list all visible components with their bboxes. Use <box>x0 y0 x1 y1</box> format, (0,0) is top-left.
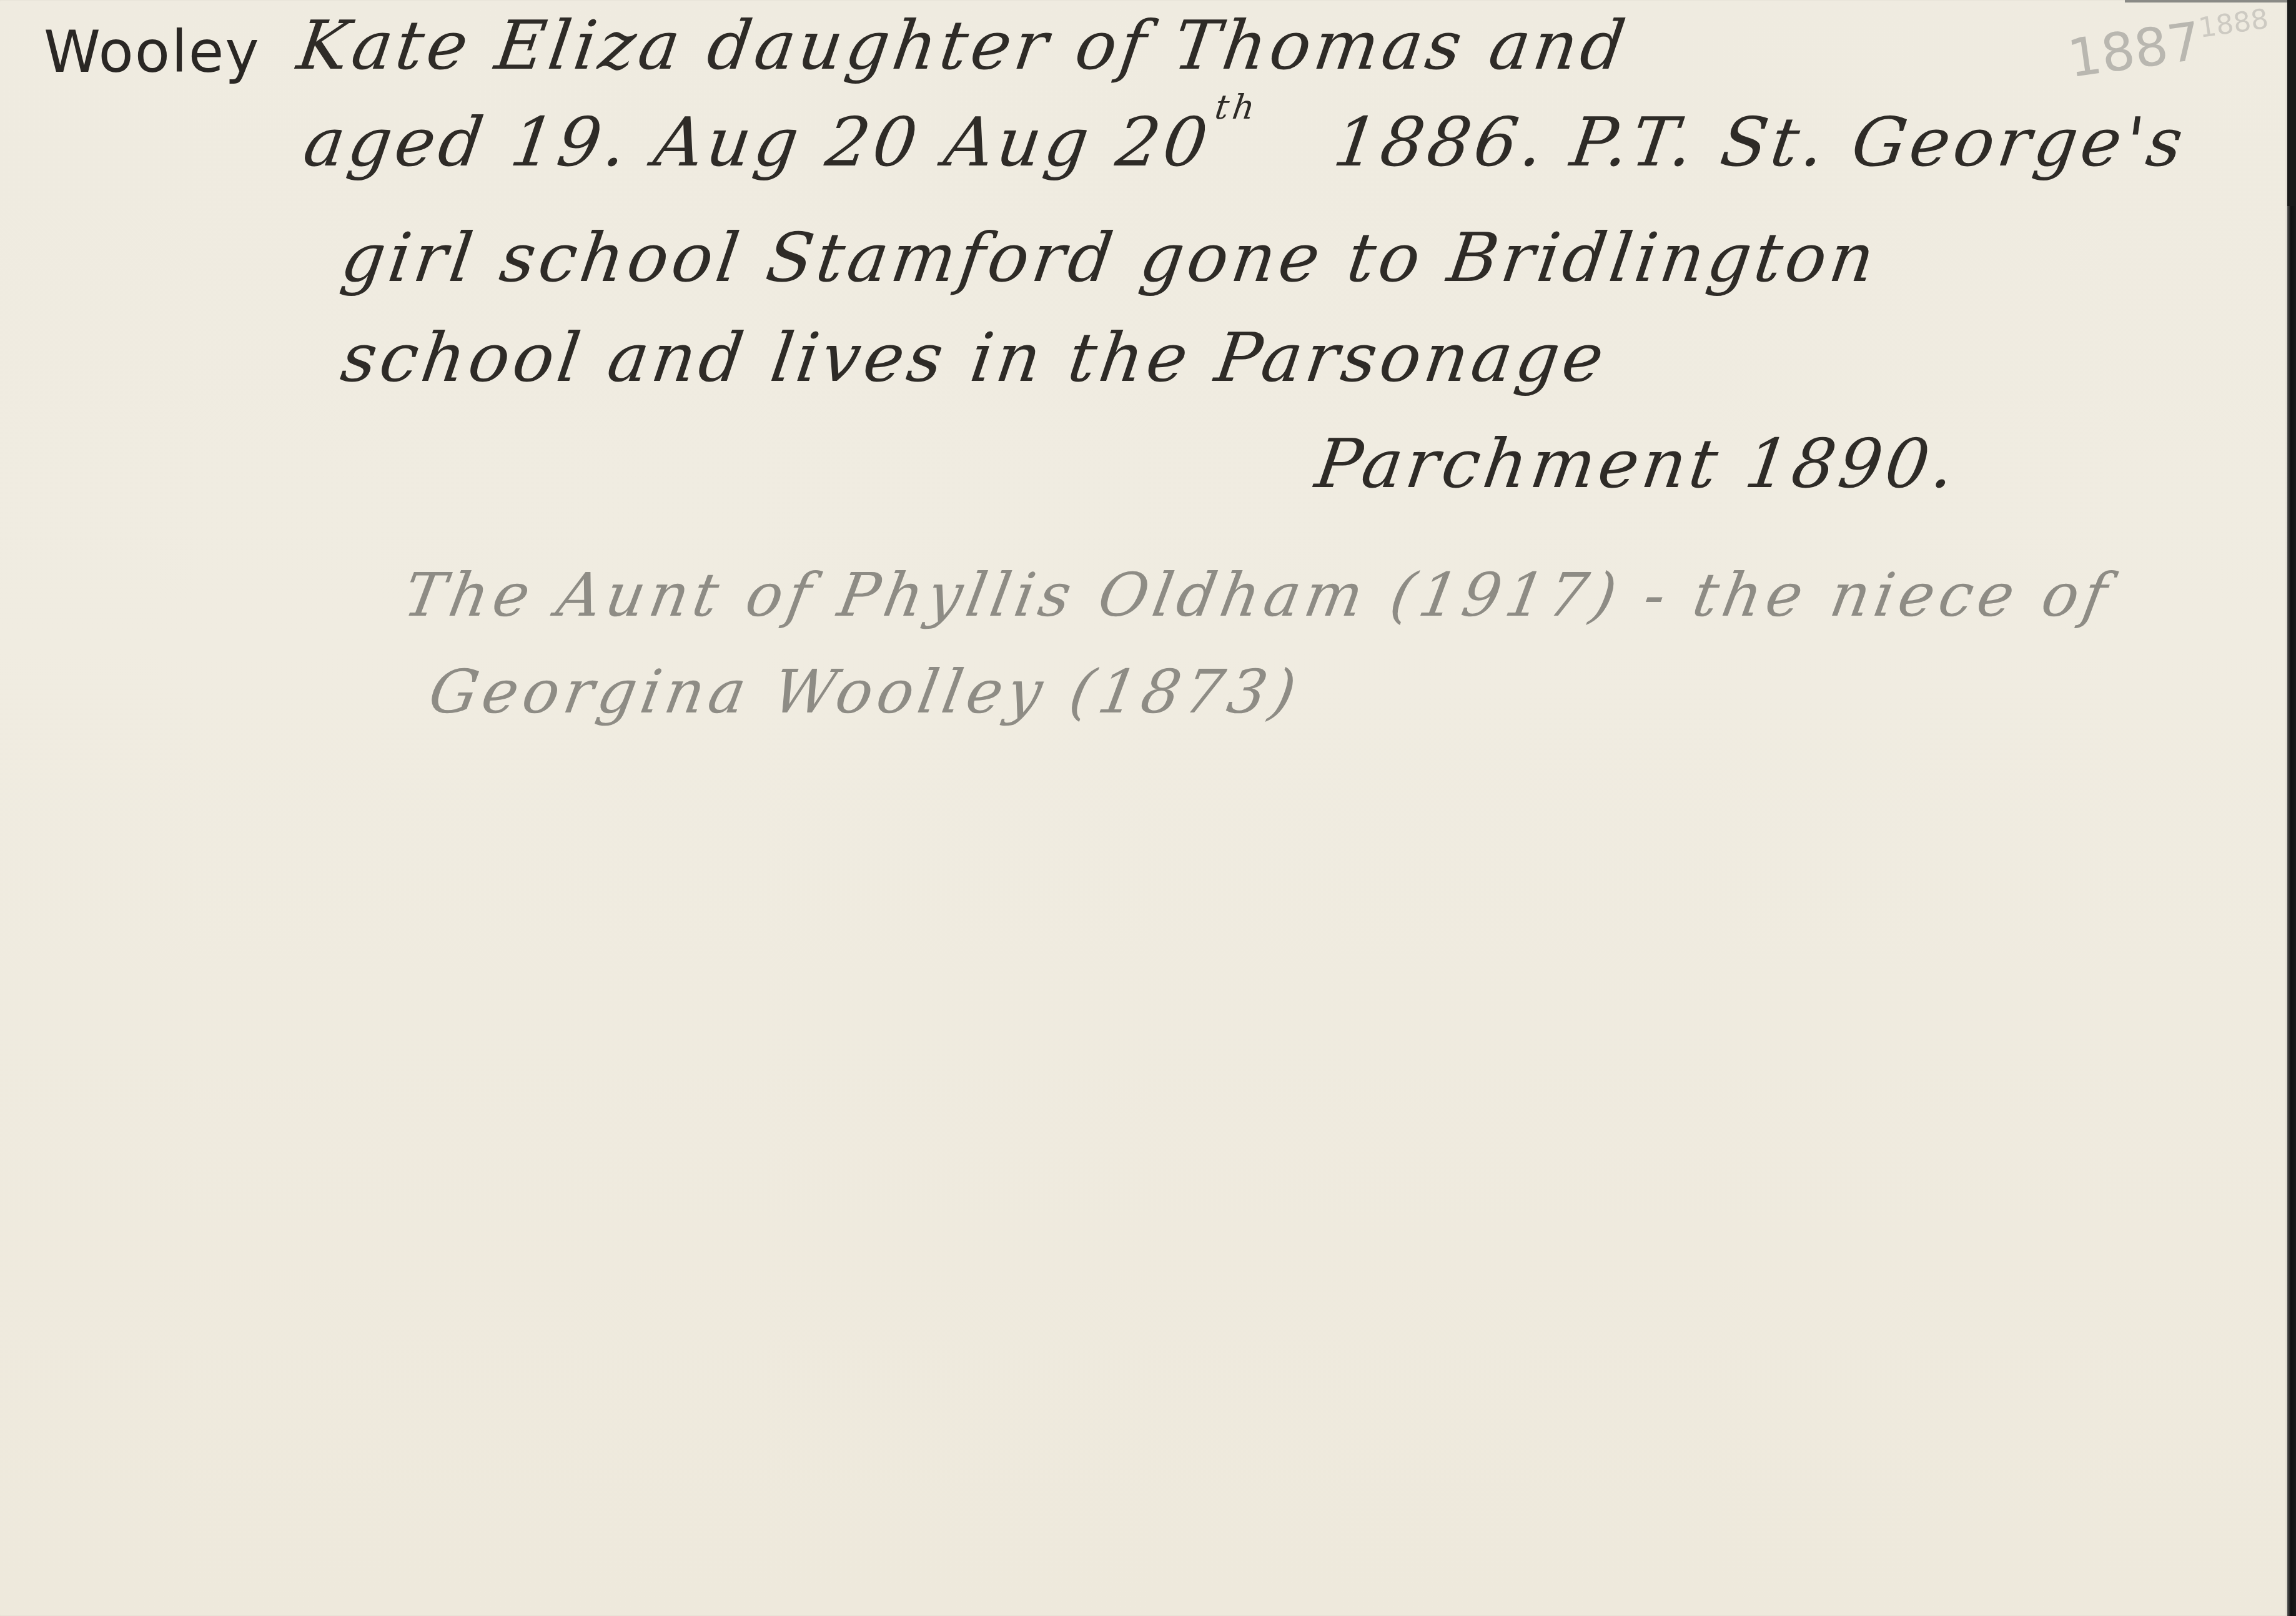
pencil-note-line-2: Georgina Woolley (1873) <box>425 662 1305 722</box>
entry-line-2-text: aged 19. Aug 20 Aug 20 <box>299 104 1216 182</box>
entry-line-4: school and lives in the Parsonage <box>337 325 1611 392</box>
card-right-edge-shadow <box>2287 206 2296 1616</box>
entry-line-2-continued: 1886. P.T. St. George's <box>1329 104 2191 182</box>
reference-number: 1887 <box>2064 10 2205 89</box>
ordinal-suffix: th <box>1212 87 1260 127</box>
entry-line-3: girl school Stamford gone to Bridlington <box>337 225 1882 292</box>
entry-line-1: Kate Eliza daughter of Thomas and <box>294 12 1633 80</box>
card-top-edge-shadow <box>2125 0 2287 2</box>
parchment-date-line: Parchment 1890. <box>1312 431 1962 498</box>
reference-number-pencil: 18871888 <box>2065 5 2274 86</box>
surname-heading: Wooley <box>44 24 260 81</box>
pencil-note-line-1: The Aunt of Phyllis Oldham (1917) - the … <box>400 565 2116 625</box>
entry-line-2: aged 19. Aug 20 Aug 20th 1886. P.T. St. … <box>300 109 2190 177</box>
index-card: Wooley 18871888 Kate Eliza daughter of T… <box>0 0 2287 1616</box>
reference-number-superscript: 1888 <box>2197 3 2270 44</box>
